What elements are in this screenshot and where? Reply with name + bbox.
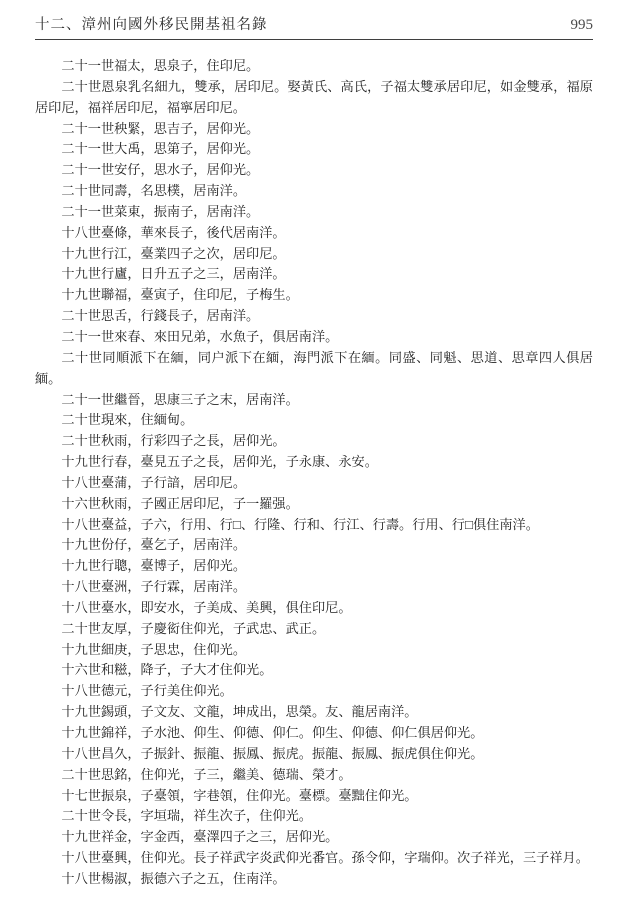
record-line: 十六世秋雨，子國正居印尼，子一羅强。 xyxy=(35,494,593,515)
record-list: 二十一世福太，思泉子，住印尼。二十世恩泉乳名細九，雙承，居印尼。娶黃氏、高氏，子… xyxy=(35,56,593,890)
record-line: 十九世祥金，字金西，臺澤四子之三，居仰光。 xyxy=(35,827,593,848)
record-line: 十九世行聰，臺博子，居仰光。 xyxy=(35,556,593,577)
record-line: 二十一世來春、來田兄弟，水魚子，俱居南洋。 xyxy=(35,327,593,348)
record-line: 十九世細庚，子思忠，住仰光。 xyxy=(35,640,593,661)
record-line: 二十世友厚，子慶衒住仰光，子武忠、武正。 xyxy=(35,619,593,640)
header-divider xyxy=(35,39,593,40)
record-line: 二十一世安仔，思水子，居仰光。 xyxy=(35,160,593,181)
page-number: 995 xyxy=(571,17,594,34)
record-line: 二十世秋雨，行彩四子之長，居仰光。 xyxy=(35,431,593,452)
book-page: 十二、漳州向國外移民開基祖名錄 995 二十一世福太，思泉子，住印尼。二十世恩泉… xyxy=(0,0,628,909)
record-line: 十九世錫頭，子文友、文龍，坤成出，思榮。友、龍居南洋。 xyxy=(35,702,593,723)
record-line: 二十一世大禹，思第子，居仰光。 xyxy=(35,139,593,160)
record-line: 十九世行春，臺見五子之長，居仰光，子永康、永安。 xyxy=(35,452,593,473)
record-line: 十八世楊淑，振德六子之五，住南洋。 xyxy=(35,869,593,890)
record-line: 十八世臺水，即安水，子美成、美興，俱住印尼。 xyxy=(35,598,593,619)
record-line: 二十世同順派下在緬，同户派下在緬，海門派下在緬。同盛、同魁、思道、思章四人俱居緬… xyxy=(35,348,593,390)
record-line: 二十一世福太，思泉子，住印尼。 xyxy=(35,56,593,77)
record-line: 二十世同壽，名思樸，居南洋。 xyxy=(35,181,593,202)
record-line: 十六世和糍，降子，子大才住仰光。 xyxy=(35,660,593,681)
record-line: 二十世恩泉乳名細九，雙承，居印尼。娶黃氏、高氏，子福太雙承居印尼，如金雙承，福原… xyxy=(35,77,593,119)
record-line: 十九世份仔，臺乞子，居南洋。 xyxy=(35,535,593,556)
record-line: 二十世令長，字垣瑞，祥生次子，住仰光。 xyxy=(35,806,593,827)
record-line: 二十世現來，住緬甸。 xyxy=(35,410,593,431)
record-line: 十九世行廬，日升五子之三，居南洋。 xyxy=(35,264,593,285)
record-line: 二十世思舌，行錢長子，居南洋。 xyxy=(35,306,593,327)
record-line: 十八世昌久，子振針、振龍、振鳳、振虎。振龍、振鳳、振虎俱住仰光。 xyxy=(35,744,593,765)
record-line: 十八世德元，子行美住仰光。 xyxy=(35,681,593,702)
record-line: 十九世行江，臺業四子之次，居印尼。 xyxy=(35,244,593,265)
record-line: 二十一世菜東，振南子，居南洋。 xyxy=(35,202,593,223)
page-header: 十二、漳州向國外移民開基祖名錄 995 xyxy=(35,13,593,34)
record-line: 十九世錦祥，子水池、仰生、仰德、仰仁。仰生、仰德、仰仁俱居仰光。 xyxy=(35,723,593,744)
record-line: 二十一世秧緊，思吉子，居仰光。 xyxy=(35,119,593,140)
record-line: 十七世振泉，子臺領，字巷領，住仰光。臺標。臺黜住仰光。 xyxy=(35,786,593,807)
record-line: 十八世臺洲，子行霖，居南洋。 xyxy=(35,577,593,598)
record-line: 十八世臺興，住仰光。長子祥武字炎武仰光番官。孫令仰，字瑞仰。次子祥光，三子祥月。 xyxy=(35,848,593,869)
record-line: 十八世臺蒲，子行諳，居印尼。 xyxy=(35,473,593,494)
record-line: 十九世聯福，臺寅子，住印尼，子梅生。 xyxy=(35,285,593,306)
record-line: 二十一世繼晉，思康三子之末，居南洋。 xyxy=(35,390,593,411)
record-line: 十八世臺條，華來長子，後代居南洋。 xyxy=(35,223,593,244)
record-line: 二十世思銘，住仰光，子三，繼美、德瑞、榮才。 xyxy=(35,765,593,786)
record-line: 十八世臺益，子六，行用、行□、行隆、行和、行江、行壽。行用、行□俱住南洋。 xyxy=(35,515,593,536)
chapter-title: 十二、漳州向國外移民開基祖名錄 xyxy=(35,13,268,34)
